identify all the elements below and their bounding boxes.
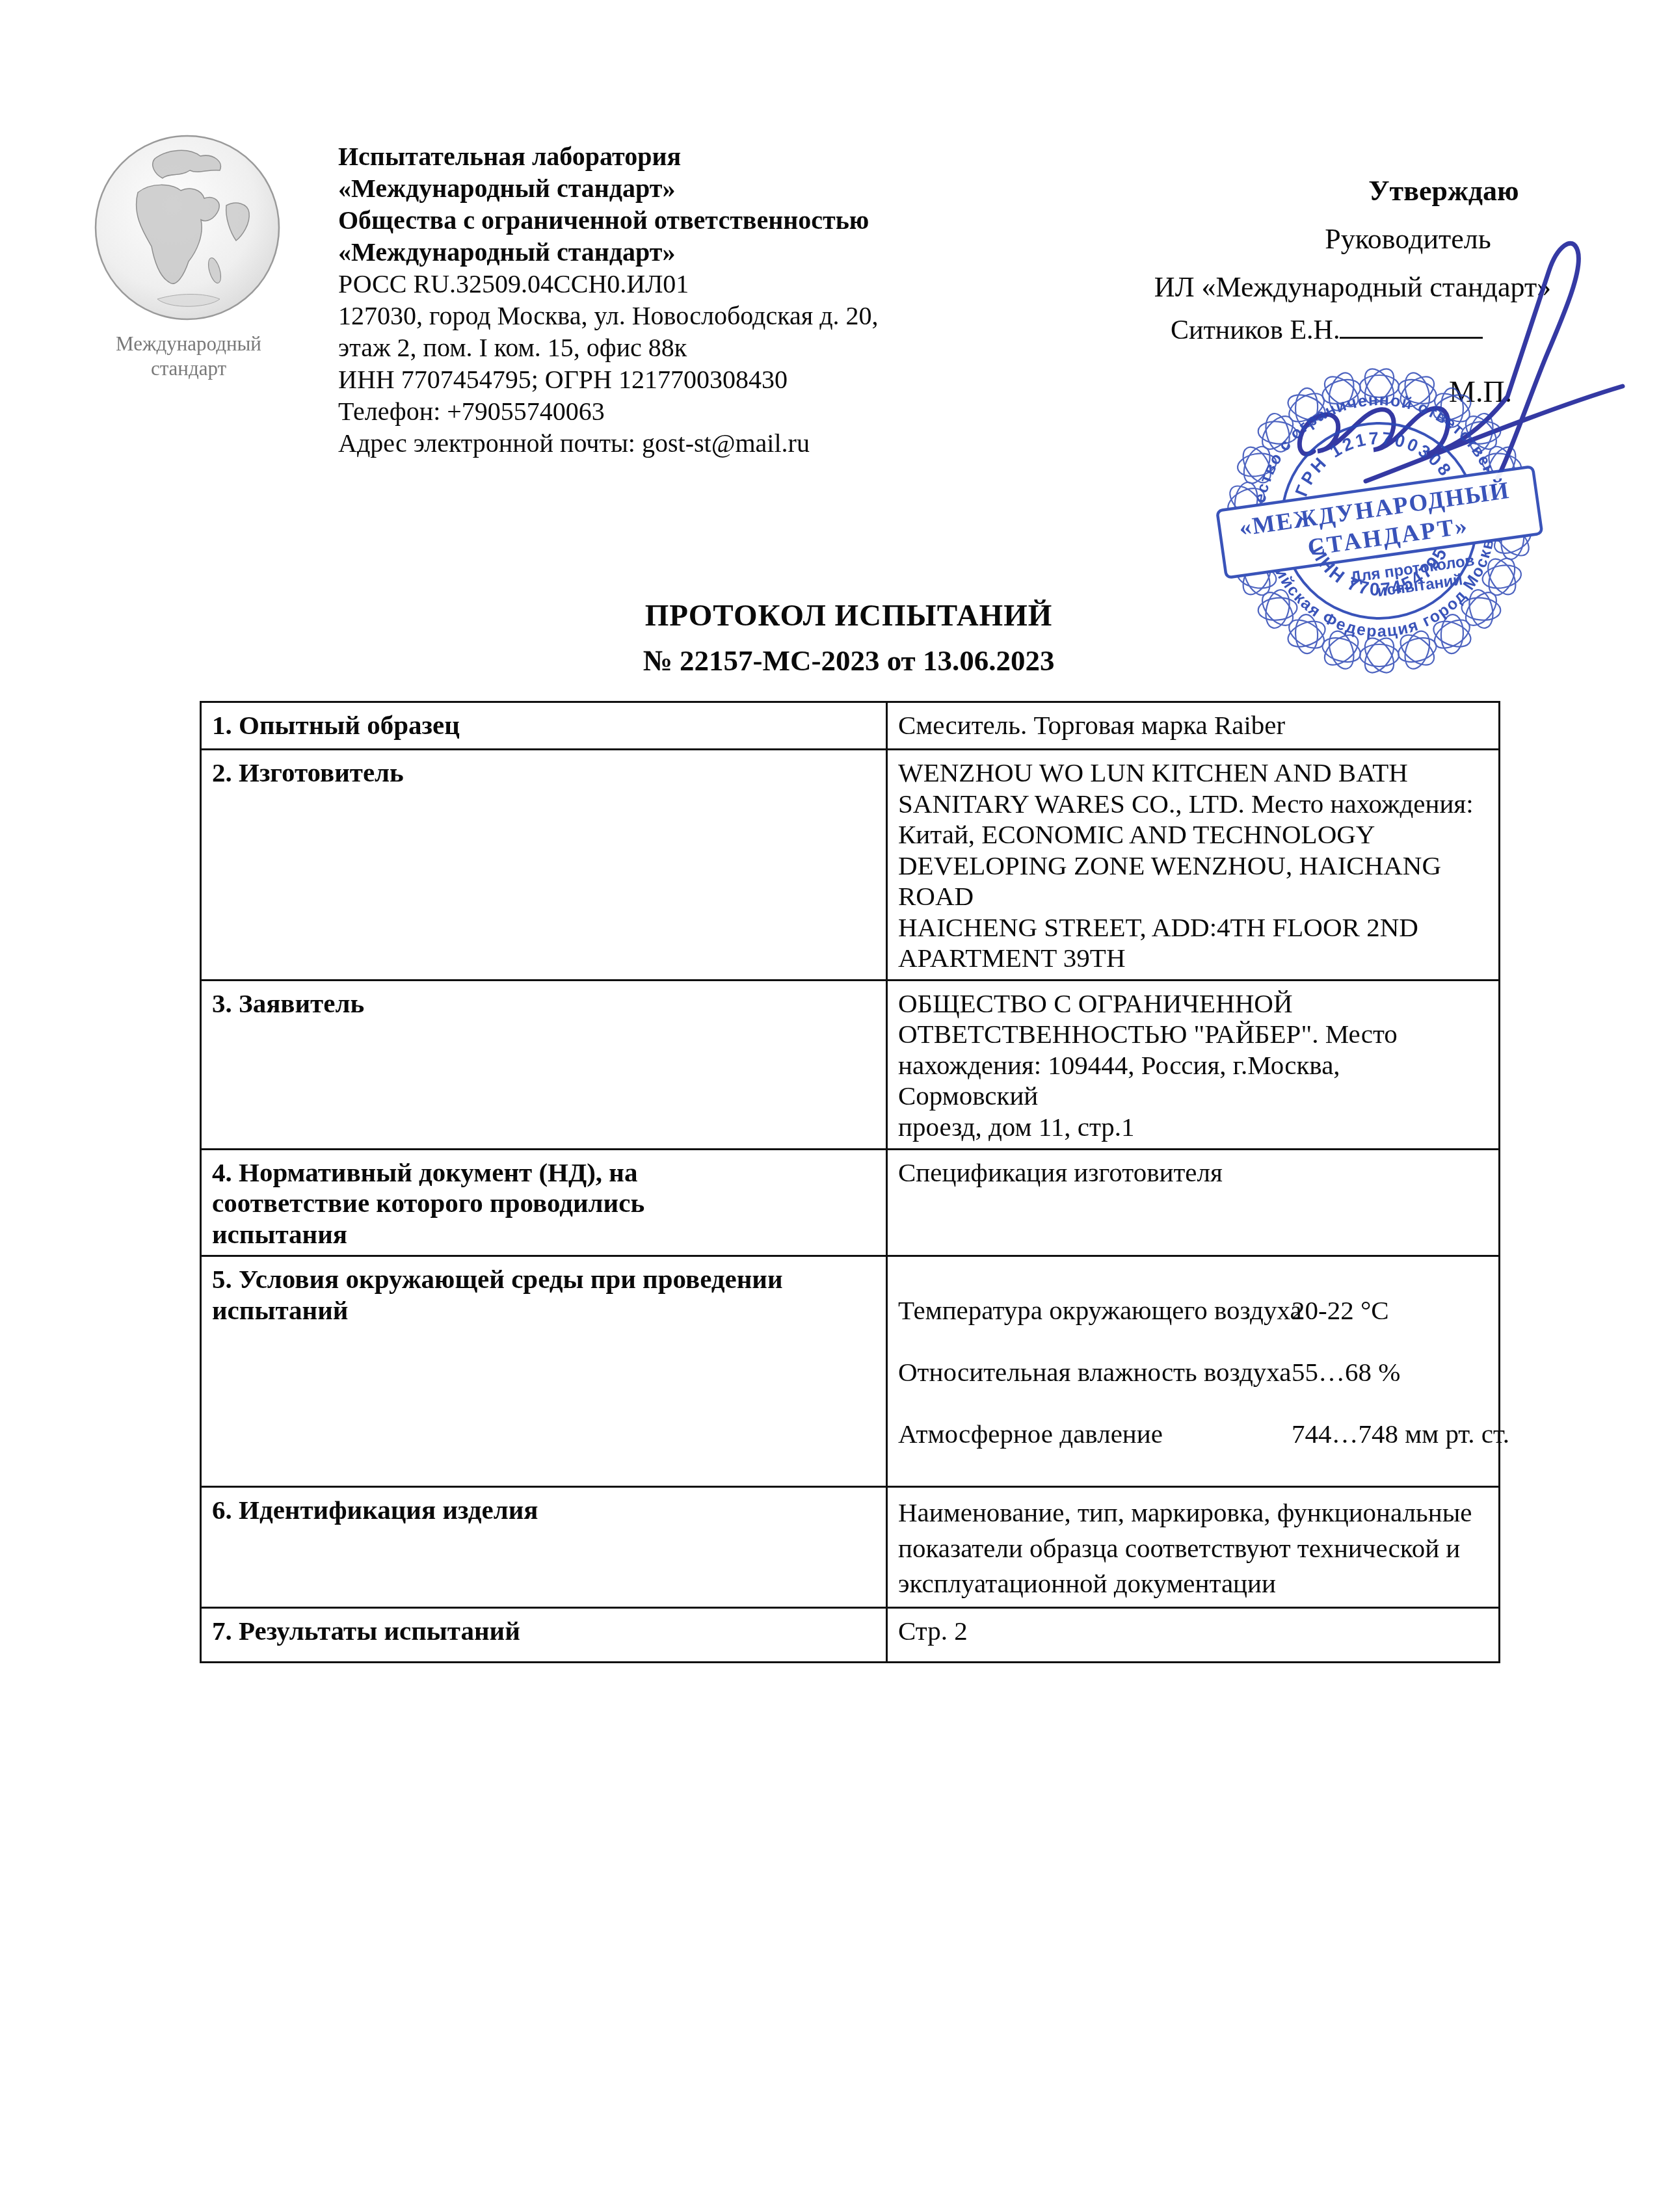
lab-accreditation-number: РОСС RU.32509.04ССН0.ИЛ01: [338, 268, 1093, 300]
env-pair: Атмосферное давление 744…748 мм рт. ст.: [898, 1419, 1485, 1450]
env-pair: Относительная влажность воздуха 55…68 %: [898, 1357, 1485, 1388]
logo-caption-line2: стандарт: [72, 356, 306, 381]
table-row: 1. Опытный образец Смеситель. Торговая м…: [201, 702, 1500, 750]
row-label: 2. Изготовитель: [201, 750, 887, 981]
lab-name-line: Испытательная лаборатория: [338, 140, 1093, 172]
row-label: 3. Заявитель: [201, 980, 887, 1149]
protocol-table: 1. Опытный образец Смеситель. Торговая м…: [200, 701, 1500, 1663]
lab-name-line: «Международный стандарт»: [338, 236, 1093, 268]
row-value: ОБЩЕСТВО С ОГРАНИЧЕННОЙ ОТВЕТСТВЕННОСТЬЮ…: [887, 980, 1500, 1149]
stamp-icon: Общество с ограниченной ответственностью…: [1210, 352, 1548, 690]
lab-address-line: этаж 2, пом. I ком. 15, офис 88к: [338, 332, 1093, 363]
row-value: WENZHOU WO LUN KITCHEN AND BATH SANITARY…: [887, 750, 1500, 981]
table-row: 3. Заявитель ОБЩЕСТВО С ОГРАНИЧЕННОЙ ОТВ…: [201, 980, 1500, 1149]
logo-caption: Международный стандарт: [72, 332, 306, 381]
row-label: 7. Результаты испытаний: [201, 1607, 887, 1662]
env-pair: Температура окружающего воздуха 20-22 °С: [898, 1295, 1485, 1326]
row-value-environment: Температура окружающего воздуха 20-22 °С…: [887, 1256, 1500, 1487]
lab-address-line: 127030, город Москва, ул. Новослободская…: [338, 300, 1093, 332]
env-name: Относительная влажность воздуха: [898, 1357, 1292, 1388]
lab-phone: Телефон: +79055740063: [338, 395, 1093, 427]
table-row: 7. Результаты испытаний Стр. 2: [201, 1607, 1500, 1662]
table-row: 6. Идентификация изделия Наименование, т…: [201, 1487, 1500, 1608]
logo-caption-line1: Международный: [72, 332, 306, 356]
env-name: Температура окружающего воздуха: [898, 1295, 1292, 1326]
lab-name-line: Общества с ограниченной ответственностью: [338, 204, 1093, 236]
row-value: Наименование, тип, маркировка, функциона…: [887, 1487, 1500, 1608]
row-label: 1. Опытный образец: [201, 702, 887, 750]
row-value: Спецификация изготовителя: [887, 1149, 1500, 1256]
row-value: Стр. 2: [887, 1607, 1500, 1662]
env-value: 744…748 мм рт. ст.: [1292, 1419, 1509, 1450]
lab-email: Адрес электронной почты: gost-st@mail.ru: [338, 427, 1093, 459]
row-label: 4. Нормативный документ (НД), на соответ…: [201, 1149, 887, 1256]
lab-info-block: Испытательная лаборатория «Международный…: [338, 140, 1093, 459]
document-title: ПРОТОКОЛ ИСПЫТАНИЙ: [179, 598, 1519, 633]
env-name: Атмосферное давление: [898, 1419, 1292, 1450]
env-value: 55…68 %: [1292, 1357, 1400, 1388]
globe-logo-icon: [92, 130, 282, 326]
lab-name-line: «Международный стандарт»: [338, 172, 1093, 204]
document-page: Международный стандарт Испытательная лаб…: [0, 0, 1659, 2212]
table-row: 2. Изготовитель WENZHOU WO LUN KITCHEN A…: [201, 750, 1500, 981]
document-number: № 22157-МС-2023 от 13.06.2023: [179, 644, 1519, 678]
lab-inn-ogrn: ИНН 7707454795; ОГРН 1217700308430: [338, 363, 1093, 395]
row-label: 5. Условия окружающей среды при проведен…: [201, 1256, 887, 1487]
row-value: Смеситель. Торговая марка Raiber: [887, 702, 1500, 750]
table-row: 5. Условия окружающей среды при проведен…: [201, 1256, 1500, 1487]
row-label: 6. Идентификация изделия: [201, 1487, 887, 1608]
table-row: 4. Нормативный документ (НД), на соответ…: [201, 1149, 1500, 1256]
env-value: 20-22 °С: [1292, 1295, 1389, 1326]
